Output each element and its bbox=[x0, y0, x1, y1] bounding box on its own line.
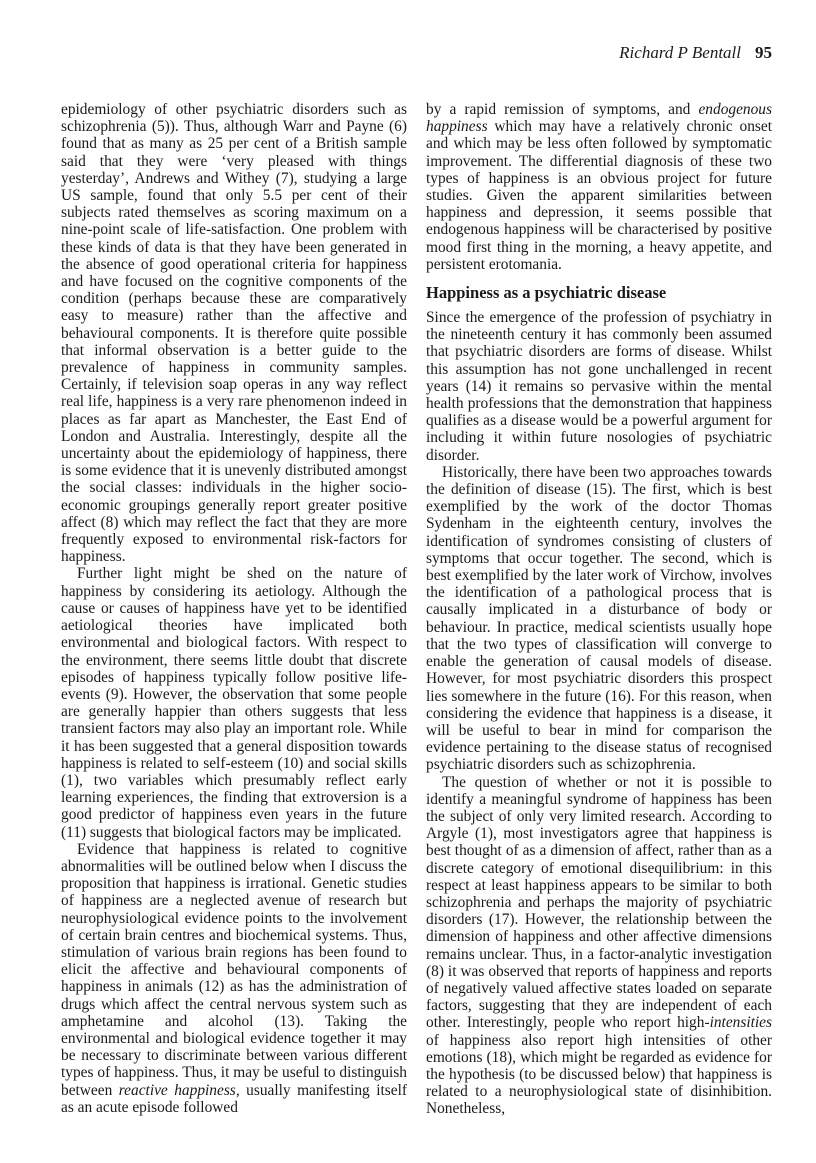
paragraph-cognitive-evidence: Evidence that happiness is related to co… bbox=[61, 841, 407, 1116]
running-head: Richard P Bentall95 bbox=[619, 43, 772, 63]
paragraph-syndrome-of-happiness: The question of whether or not it is pos… bbox=[426, 774, 772, 1118]
text-run: by a rapid remission of symptoms, and bbox=[426, 101, 698, 118]
paragraph-continued-epidemiology: epidemiology of other psychiatric disord… bbox=[61, 101, 407, 565]
left-column: epidemiology of other psychiatric disord… bbox=[61, 101, 407, 1116]
page-number: 95 bbox=[755, 43, 772, 62]
paragraph-endogenous-happiness: by a rapid remission of symptoms, and en… bbox=[426, 101, 772, 273]
text-run: of happiness also report high intensitie… bbox=[426, 1032, 772, 1118]
emphasis-reactive-happiness: reactive happiness bbox=[119, 1082, 236, 1099]
running-head-author: Richard P Bentall bbox=[619, 43, 741, 62]
emphasis-intensities: intensities bbox=[710, 1014, 772, 1031]
paragraph-psychiatric-disease: Since the emergence of the profession of… bbox=[426, 309, 772, 464]
section-heading: Happiness as a psychiatric disease bbox=[426, 283, 772, 303]
right-column: by a rapid remission of symptoms, and en… bbox=[426, 101, 772, 1118]
text-run: Evidence that happiness is related to co… bbox=[61, 841, 407, 1099]
text-run: which may have a relatively chronic onse… bbox=[426, 118, 772, 273]
paragraph-definition-of-disease: Historically, there have been two approa… bbox=[426, 464, 772, 774]
text-run: The question of whether or not it is pos… bbox=[426, 774, 772, 1032]
paragraph-aetiology: Further light might be shed on the natur… bbox=[61, 565, 407, 840]
